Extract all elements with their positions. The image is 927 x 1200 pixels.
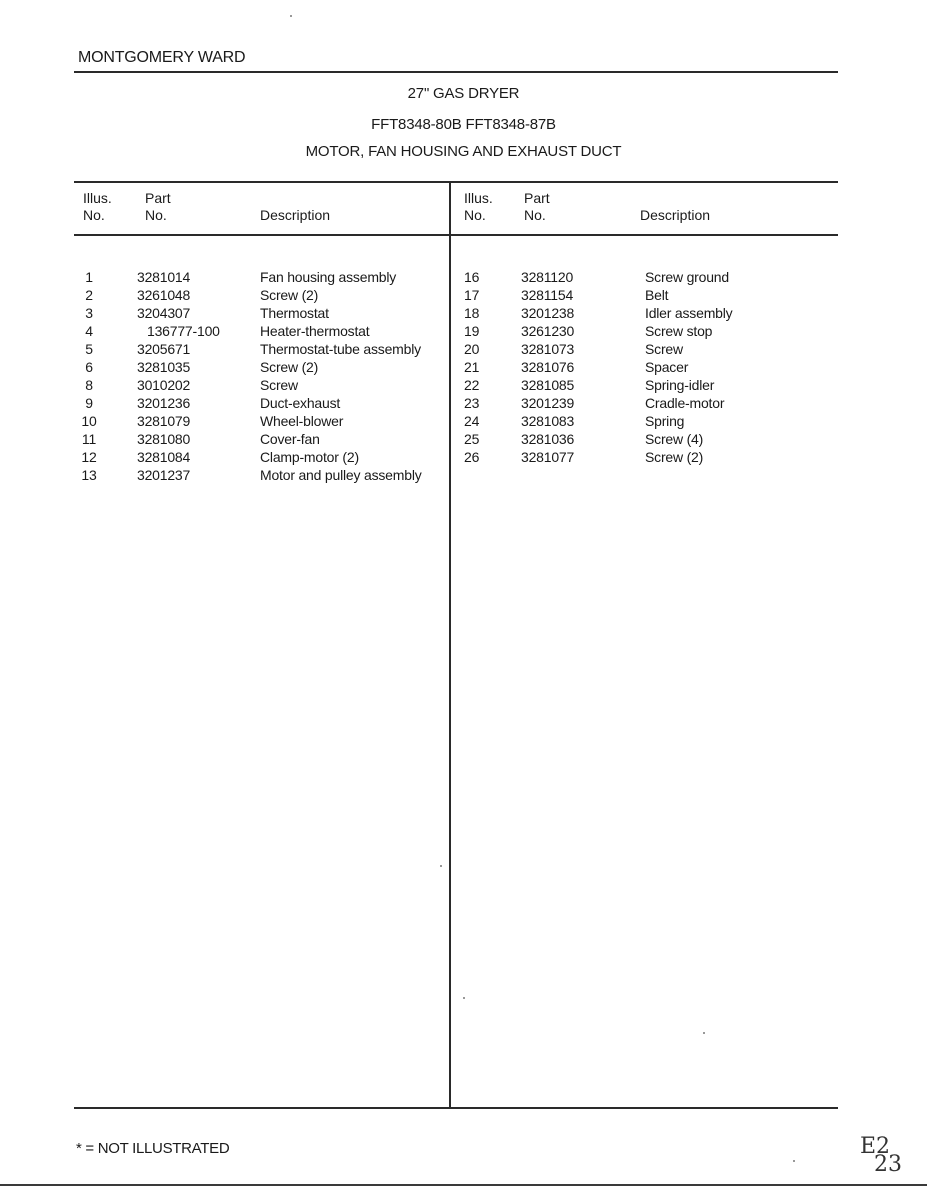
scan-speck	[440, 865, 442, 867]
part-number: 3281079	[137, 412, 190, 430]
part-description: Screw (2)	[260, 286, 318, 304]
part-description: Screw	[645, 340, 683, 358]
table-header-bottom-rule	[74, 234, 838, 236]
part-description: Thermostat	[260, 304, 329, 322]
part-description: Wheel-blower	[260, 412, 343, 430]
scan-speck	[290, 15, 292, 17]
handwritten-annotation: 23	[874, 1156, 902, 1174]
part-description: Duct-exhaust	[260, 394, 340, 412]
part-number: 136777-100	[147, 322, 220, 340]
part-number: 3281154	[521, 286, 573, 304]
part-number: 3281080	[137, 430, 190, 448]
part-number: 3281085	[521, 376, 574, 394]
illus-number: 20	[464, 340, 486, 358]
part-description: Belt	[645, 286, 668, 304]
section-title: MOTOR, FAN HOUSING AND EXHAUST DUCT	[0, 143, 927, 160]
model-numbers: FFT8348-80B FFT8348-87B	[0, 116, 927, 133]
header-illus-label: Illus.	[464, 190, 493, 207]
illus-number: 22	[464, 376, 486, 394]
illus-number: 8	[78, 376, 100, 394]
part-number: 3281120	[521, 268, 573, 286]
part-description: Screw (2)	[645, 448, 703, 466]
part-number: 3281077	[521, 448, 574, 466]
left-header-illus: Illus. No.	[83, 190, 112, 224]
scan-speck	[703, 1032, 705, 1034]
part-description: Cover-fan	[260, 430, 320, 448]
illus-number: 12	[78, 448, 100, 466]
part-number: 3201238	[521, 304, 574, 322]
illus-number: 26	[464, 448, 486, 466]
illus-number: 9	[78, 394, 100, 412]
part-number: 3281014	[137, 268, 190, 286]
part-description: Idler assembly	[645, 304, 732, 322]
left-header-part: Part No.	[145, 190, 171, 224]
product-title: 27" GAS DRYER	[0, 85, 927, 102]
illus-number: 18	[464, 304, 486, 322]
top-rule	[74, 71, 838, 73]
part-description: Screw (2)	[260, 358, 318, 376]
part-number: 3261048	[137, 286, 190, 304]
part-description: Cradle-motor	[645, 394, 724, 412]
part-description: Motor and pulley assembly	[260, 466, 422, 484]
illus-number: 24	[464, 412, 486, 430]
illus-number: 21	[464, 358, 486, 376]
right-header-description: Description	[640, 207, 710, 224]
part-number: 3281083	[521, 412, 574, 430]
left-header-description: Description	[260, 207, 330, 224]
illus-number: 25	[464, 430, 486, 448]
table-bottom-rule	[74, 1107, 838, 1109]
part-number: 3261230	[521, 322, 574, 340]
illus-number: 17	[464, 286, 486, 304]
part-description: Heater-thermostat	[260, 322, 369, 340]
illus-number: 10	[78, 412, 100, 430]
part-description: Thermostat-tube assembly	[260, 340, 421, 358]
part-number: 3201239	[521, 394, 574, 412]
part-number: 3201236	[137, 394, 190, 412]
header-no-label: No.	[145, 207, 171, 224]
part-number: 3201237	[137, 466, 190, 484]
part-number: 3281035	[137, 358, 190, 376]
part-description: Screw	[260, 376, 298, 394]
part-description: Screw (4)	[645, 430, 703, 448]
illus-number: 11	[78, 430, 100, 448]
part-number: 3205671	[137, 340, 190, 358]
illus-number: 5	[78, 340, 100, 358]
illus-number: 13	[78, 466, 100, 484]
part-description: Screw stop	[645, 322, 712, 340]
illus-number: 4	[78, 322, 100, 340]
header-part-label: Part	[145, 190, 171, 207]
brand-name: MONTGOMERY WARD	[78, 49, 245, 67]
right-header-part: Part No.	[524, 190, 550, 224]
part-number: 3281076	[521, 358, 574, 376]
page-bottom-rule	[0, 1184, 927, 1186]
part-description: Spacer	[645, 358, 688, 376]
header-illus-label: Illus.	[83, 190, 112, 207]
part-description: Clamp-motor (2)	[260, 448, 359, 466]
illus-number: 23	[464, 394, 486, 412]
illus-number: 3	[78, 304, 100, 322]
part-number: 3281084	[137, 448, 190, 466]
header-no-label: No.	[464, 207, 493, 224]
part-number: 3281073	[521, 340, 574, 358]
header-no-label: No.	[83, 207, 112, 224]
illus-number: 6	[78, 358, 100, 376]
right-header-illus: Illus. No.	[464, 190, 493, 224]
illus-number: 19	[464, 322, 486, 340]
part-description: Fan housing assembly	[260, 268, 396, 286]
scan-speck	[793, 1160, 795, 1162]
footnote: * = NOT ILLUSTRATED	[76, 1140, 229, 1157]
illus-number: 2	[78, 286, 100, 304]
table-header-top-rule	[74, 181, 838, 183]
part-description: Screw ground	[645, 268, 729, 286]
part-number: 3281036	[521, 430, 574, 448]
part-description: Spring-idler	[645, 376, 714, 394]
header-no-label: No.	[524, 207, 550, 224]
part-description: Spring	[645, 412, 684, 430]
part-number: 3204307	[137, 304, 190, 322]
illus-number: 16	[464, 268, 486, 286]
header-part-label: Part	[524, 190, 550, 207]
illus-number: 1	[78, 268, 100, 286]
part-number: 3010202	[137, 376, 190, 394]
scan-speck	[463, 997, 465, 999]
column-divider	[449, 181, 451, 1109]
